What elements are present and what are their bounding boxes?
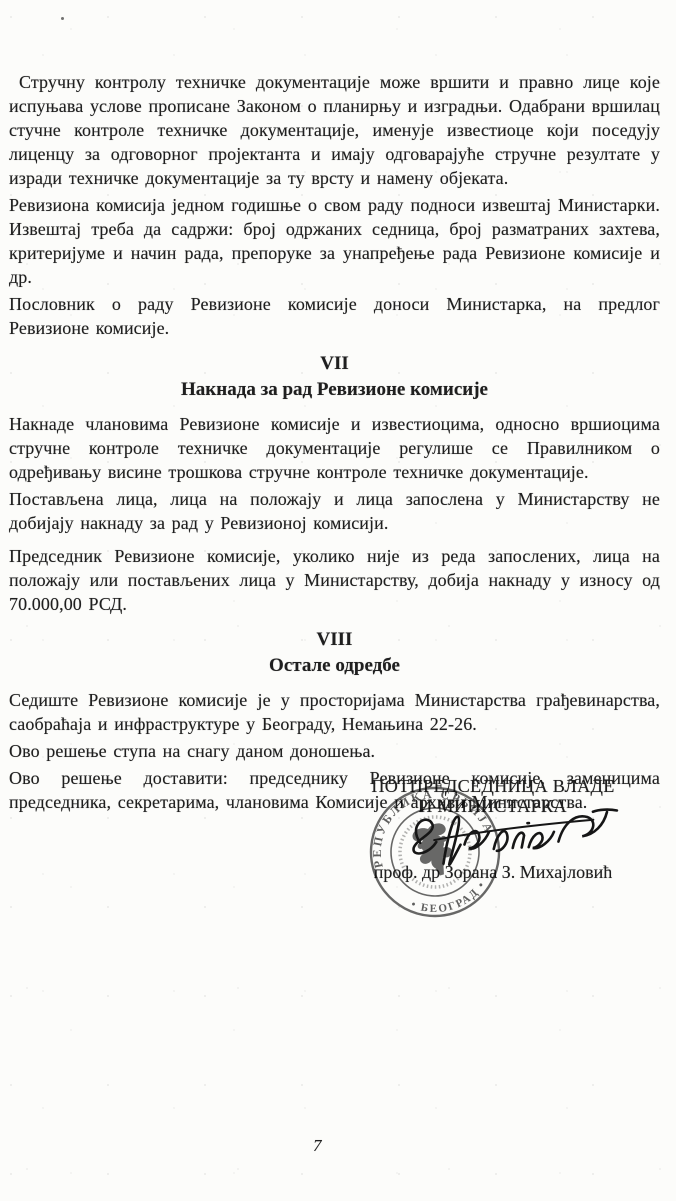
handwritten-signature-icon [398, 802, 626, 866]
paragraph-s7-1: Накнаде члановима Ревизионе комисије и и… [9, 412, 660, 484]
section-7-title: Накнада за рад Ревизионе комисије [9, 378, 660, 402]
section-8-title: Остале одредбе [9, 654, 660, 678]
paragraph-intro-1: Стручну контролу техничке документације … [9, 70, 660, 190]
paragraph-s8-2: Ово решење ступа на снагу даном доношења… [9, 739, 660, 763]
paragraph-intro-3: Пословник о раду Ревизионе комисије доно… [9, 292, 660, 340]
page-number: 7 [313, 1136, 322, 1156]
paragraph-s7-3: Председник Ревизионе комисије, уколико н… [9, 544, 660, 616]
signature-strokes [412, 808, 619, 866]
paragraph-s8-1: Седиште Ревизионе комисије је у простори… [9, 688, 660, 736]
signature-svg [398, 802, 626, 866]
paragraph-s7-2: Постављена лица, лица на положају и лица… [9, 487, 660, 535]
paragraph-intro-2: Ревизиона комисија једном годишње о свом… [9, 193, 660, 289]
section-8-numeral: VIII [9, 628, 660, 652]
scan-fleck [61, 17, 64, 20]
section-7-numeral: VII [9, 352, 660, 376]
document-page: Стручну контролу техничке документације … [0, 0, 676, 1201]
